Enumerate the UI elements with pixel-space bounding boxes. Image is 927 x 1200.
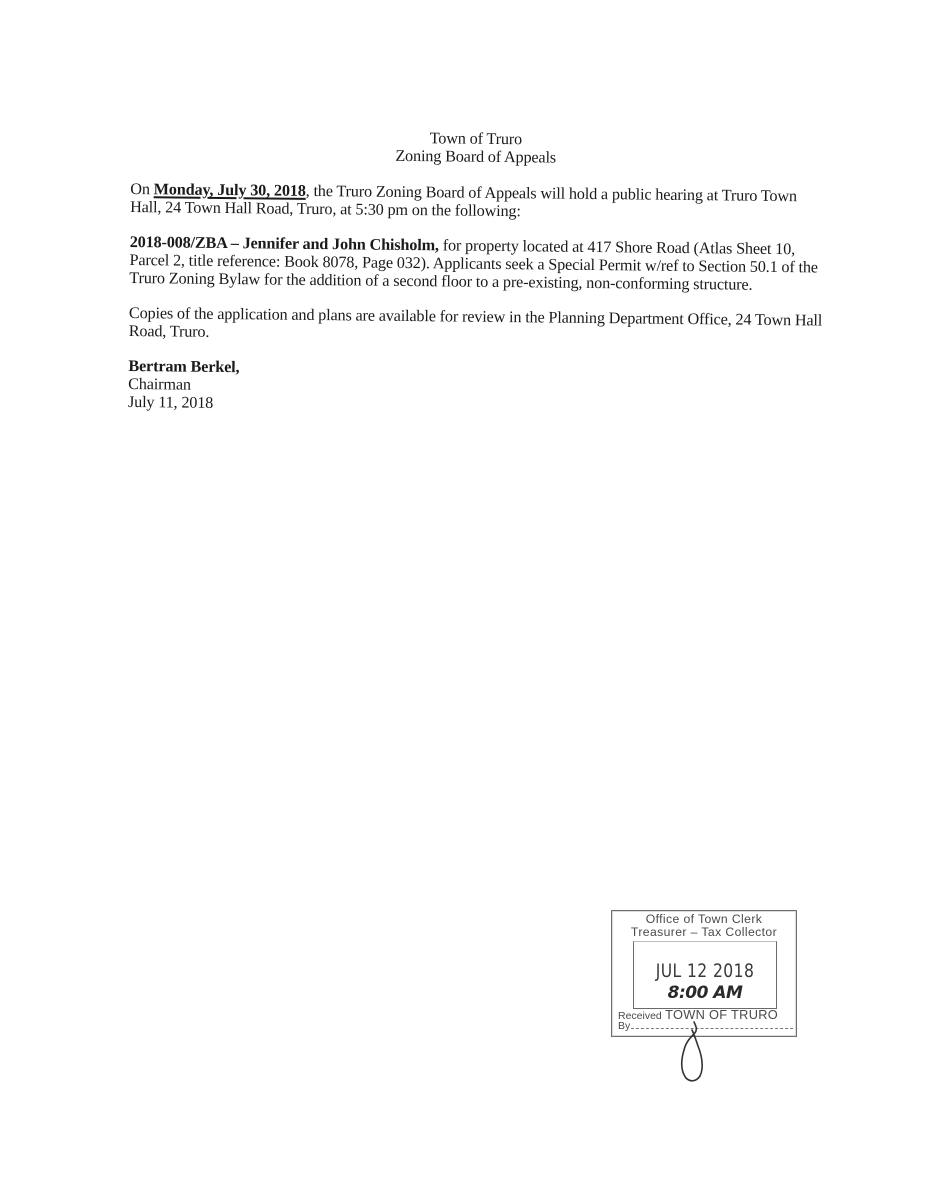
signature-block: Bertram Berkel, Chairman July 11, 2018 [128, 358, 829, 418]
hearing-notice-paragraph: On Monday, July 30, 2018, the Truro Zoni… [130, 181, 830, 224]
stamp-by-label: By [618, 1020, 630, 1032]
stamp-date-box: JUL 12 2018 8:00 AM [633, 941, 777, 1009]
stamp-by-line [631, 1020, 793, 1029]
stamp-time-handwritten: 8:00 AM [634, 983, 776, 1003]
hearing-date: Monday, July 30, 2018 [154, 180, 306, 200]
stamp-date: JUL 12 2018 [647, 960, 763, 982]
document-heading: Town of Truro Zoning Board of Appeals [131, 127, 821, 170]
received-stamp: Office of Town Clerk Treasurer – Tax Col… [611, 910, 797, 1037]
notice-body: Town of Truro Zoning Board of Appeals On… [128, 127, 831, 419]
handwritten-initials-icon [672, 1020, 712, 1090]
case-paragraph: 2018-008/ZBA – Jennifer and John Chishol… [129, 234, 830, 294]
availability-paragraph: Copies of the application and plans are … [129, 305, 829, 348]
notice-prefix: On [130, 180, 154, 198]
document-page: Town of Truro Zoning Board of Appeals On… [0, 0, 927, 1200]
stamp-office-sub: Treasurer – Tax Collector [612, 926, 796, 939]
